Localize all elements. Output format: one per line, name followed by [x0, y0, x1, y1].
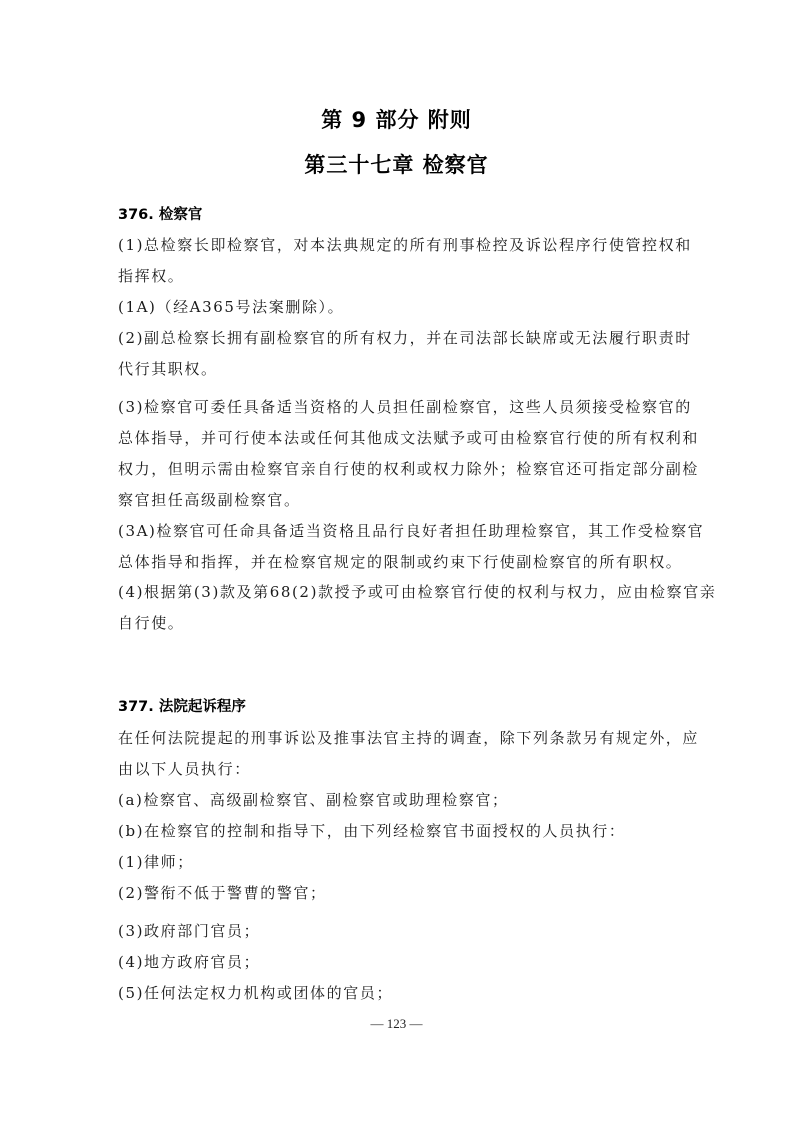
- paragraph-line: 察官担任高级副检察官。: [118, 489, 678, 510]
- paragraph-line: (3)政府部门官员；: [118, 920, 678, 941]
- paragraph-line: (5)任何法定权力机构或团体的官员；: [118, 982, 678, 1003]
- paragraph-line: 权力，但明示需由检察官亲自行使的权利或权力除外；检察官还可指定部分副检: [118, 458, 678, 479]
- paragraph-line: 总体指导和指挥，并在检察官规定的限制或约束下行使副检察官的所有职权。: [118, 551, 678, 572]
- paragraph-line: 自行使。: [118, 612, 678, 633]
- paragraph-line: (2)副总检察长拥有副检察官的所有权力，并在司法部长缺席或无法履行职责时: [118, 327, 678, 348]
- paragraph-line: 在任何法院提起的刑事诉讼及推事法官主持的调查，除下列条款另有规定外，应: [118, 727, 678, 748]
- paragraph-line: (3)检察官可委任具备适当资格的人员担任副检察官，这些人员须接受检察官的: [118, 396, 678, 417]
- paragraph-line: (4)根据第(3)款及第68(2)款授予或可由检察官行使的权利与权力，应由检察官…: [118, 581, 678, 602]
- paragraph-line: 代行其职权。: [118, 358, 678, 379]
- part-title: 第 9 部分 附则: [0, 104, 793, 134]
- paragraph-line: (b)在检察官的控制和指导下，由下列经检察官书面授权的人员执行：: [118, 820, 678, 841]
- paragraph-line: (1)律师；: [118, 851, 678, 872]
- paragraph-line: (a)检察官、高级副检察官、副检察官或助理检察官；: [118, 789, 678, 810]
- paragraph-line: (1)总检察长即检察官，对本法典规定的所有刑事检控及诉讼程序行使管控权和: [118, 234, 678, 255]
- page-number: — 123 —: [0, 1016, 793, 1032]
- paragraph-line: 指挥权。: [118, 265, 678, 286]
- paragraph-line: 总体指导，并可行使本法或任何其他成文法赋予或可由检察官行使的所有权利和: [118, 427, 678, 448]
- paragraph-line: 由以下人员执行：: [118, 758, 678, 779]
- paragraph-line: (1A)（经A365号法案删除）。: [118, 296, 678, 317]
- section-heading: 376. 检察官: [118, 203, 202, 224]
- paragraph-line: (2)警衔不低于警曹的警官；: [118, 882, 678, 903]
- paragraph-line: (3A)检察官可任命具备适当资格且品行良好者担任助理检察官，其工作受检察官: [118, 520, 678, 541]
- paragraph-line: (4)地方政府官员；: [118, 951, 678, 972]
- chapter-title: 第三十七章 检察官: [0, 149, 793, 179]
- section-heading: 377. 法院起诉程序: [118, 695, 246, 716]
